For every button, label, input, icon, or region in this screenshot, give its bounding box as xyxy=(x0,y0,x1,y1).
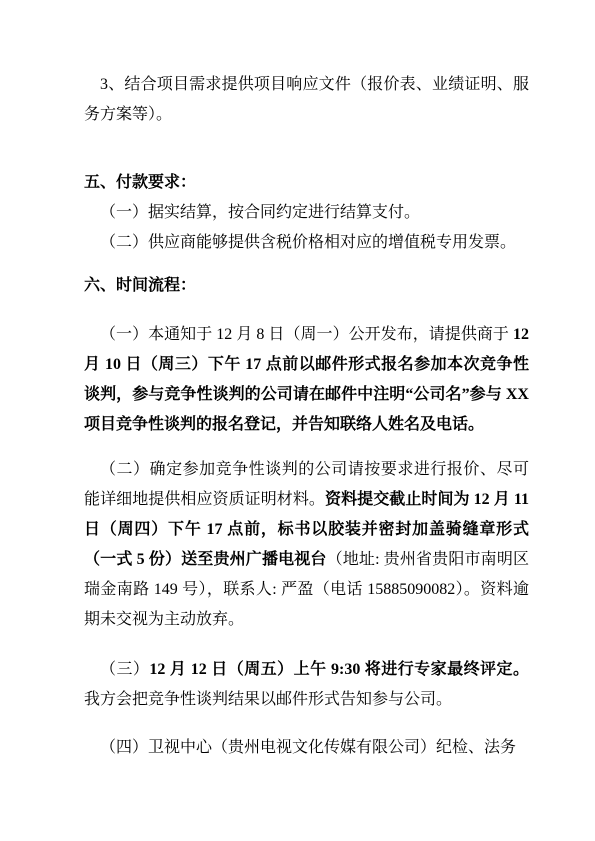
section-heading-time-schedule: 六、时间流程： xyxy=(84,271,529,301)
text-run: （二）供应商能够提供含税价格相对应的增值税专用发票。 xyxy=(100,234,516,251)
text-run: （四）卫视中心（贵州电视文化传媒有限公司）纪检、法务 xyxy=(100,739,516,756)
text-run: （一）本通知于 12 月 8 日（周一）公开发布，请提供商于 xyxy=(100,326,513,343)
para-schedule-item-3: （三）12 月 12 日（周五）上午 9:30 将进行专家最终评定。我方会把竞争… xyxy=(84,655,529,715)
text-run: 3、结合项目需求提供项目响应文件（报价表、业绩证明、服务方案等）。 xyxy=(84,76,529,123)
para-schedule-item-1: （一）本通知于 12 月 8 日（周一）公开发布，请提供商于 12 月 10 日… xyxy=(84,320,529,440)
bold-text-run: 六、时间流程： xyxy=(84,277,196,294)
para-payment-item-1: （一）据实结算，按合同约定进行结算支付。 xyxy=(84,198,529,228)
para-schedule-item-4: （四）卫视中心（贵州电视文化传媒有限公司）纪检、法务 xyxy=(84,733,529,763)
bold-text-run: 五、付款要求： xyxy=(84,174,196,191)
text-run: （三） xyxy=(100,661,149,678)
text-run: 我方会把竞争性谈判结果以邮件形式告知参与公司。 xyxy=(84,691,452,708)
document-page: 3、结合项目需求提供项目响应文件（报价表、业绩证明、服务方案等）。五、付款要求：… xyxy=(0,0,595,841)
para-response-documents: 3、结合项目需求提供项目响应文件（报价表、业绩证明、服务方案等）。 xyxy=(84,70,529,130)
para-payment-item-2: （二）供应商能够提供含税价格相对应的增值税专用发票。 xyxy=(84,228,529,258)
document-content: 3、结合项目需求提供项目响应文件（报价表、业绩证明、服务方案等）。五、付款要求：… xyxy=(0,0,595,763)
section-heading-payment-requirements: 五、付款要求： xyxy=(84,168,529,198)
bold-text-run: 12 月 12 日（周五）上午 9:30 将进行专家最终评定。 xyxy=(149,661,529,678)
text-run: （一）据实结算，按合同约定进行结算支付。 xyxy=(100,204,420,221)
para-schedule-item-2: （二）确定参加竞争性谈判的公司请按要求进行报价、尽可能详细地提供相应资质证明材料… xyxy=(84,455,529,635)
